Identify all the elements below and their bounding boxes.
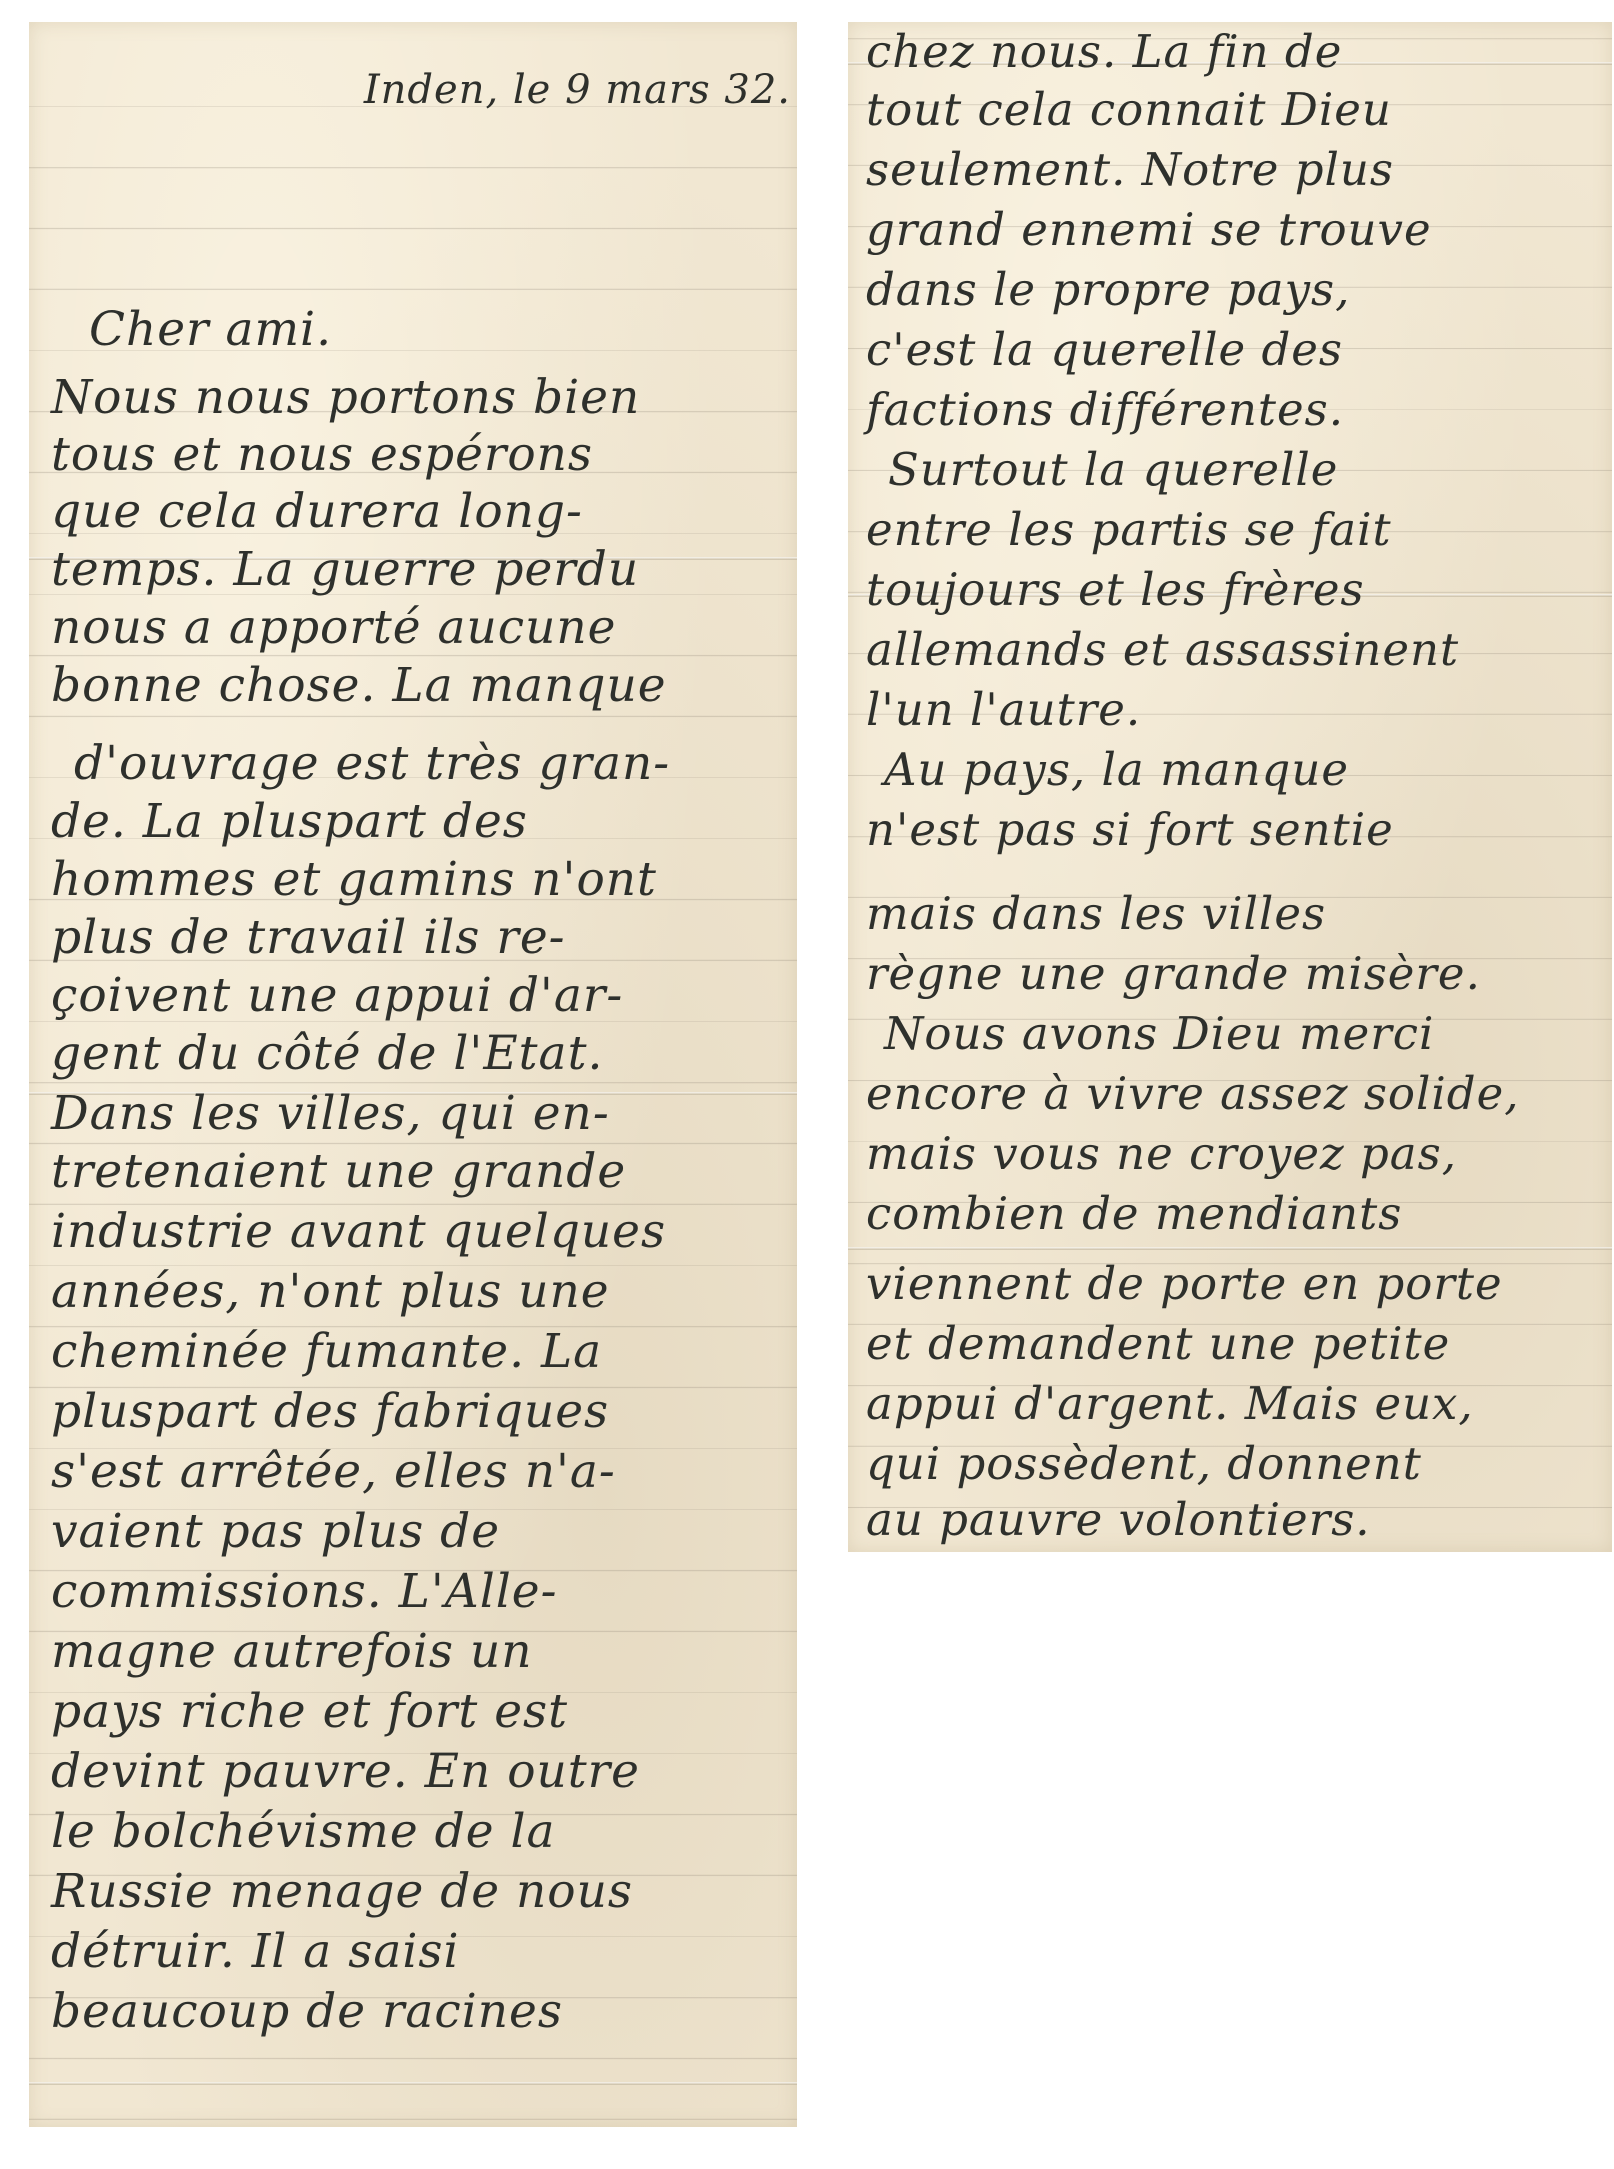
letter-line: Surtout la querelle xyxy=(848,440,1612,500)
letter-line: factions différentes. xyxy=(848,380,1612,440)
letter-line: tous et nous espérons xyxy=(29,425,797,485)
letter-line: s'est arrêtée, elles n'a- xyxy=(29,1442,797,1502)
letter-line: le bolchévisme de la xyxy=(29,1802,797,1862)
letter-line: industrie avant quelques xyxy=(29,1202,797,1262)
letter-line: nous a apporté aucune xyxy=(29,598,797,658)
letter-line: au pauvre volontiers. xyxy=(848,1490,1612,1550)
letter-line: chez nous. La fin de xyxy=(848,22,1612,82)
letter-line: règne une grande misère. xyxy=(848,944,1612,1004)
letter-line: commissions. L'Alle- xyxy=(29,1562,797,1622)
letter-line: Dans les villes, qui en- xyxy=(29,1084,797,1144)
letter-line: qui possèdent, donnent xyxy=(848,1434,1612,1494)
letter-place-date: Inden, le 9 mars 32. xyxy=(29,60,797,120)
letter-line: seulement. Notre plus xyxy=(848,140,1612,200)
letter-line: mais dans les villes xyxy=(848,884,1612,944)
letter-line: entre les partis se fait xyxy=(848,500,1612,560)
letter-line: pays riche et fort est xyxy=(29,1682,797,1742)
letter-line: magne autrefois un xyxy=(29,1622,797,1682)
letter-line: cheminée fumante. La xyxy=(29,1322,797,1382)
letter-line: viennent de porte en porte xyxy=(848,1254,1612,1314)
letter-greeting: Cher ami. xyxy=(29,300,797,360)
letter-line: temps. La guerre perdu xyxy=(29,540,797,600)
letter-line: Nous avons Dieu merci xyxy=(848,1004,1612,1064)
letter-line: appui d'argent. Mais eux, xyxy=(848,1374,1612,1434)
letter-page-left: Inden, le 9 mars 32. Cher ami. Nous nous… xyxy=(29,22,797,2127)
letter-line: c'est la querelle des xyxy=(848,320,1612,380)
letter-line: n'est pas si fort sentie xyxy=(848,800,1612,860)
letter-line: Au pays, la manque xyxy=(848,740,1612,800)
letter-line: grand ennemi se trouve xyxy=(848,200,1612,260)
paper-fold-line xyxy=(848,1247,1612,1250)
letter-line: d'ouvrage est très gran- xyxy=(29,734,797,794)
letter-line: gent du côté de l'Etat. xyxy=(29,1024,797,1084)
letter-line: combien de mendiants xyxy=(848,1184,1612,1244)
letter-line: çoivent une appui d'ar- xyxy=(29,966,797,1026)
letter-line: plus de travail ils re- xyxy=(29,908,797,968)
letter-line: hommes et gamins n'ont xyxy=(29,850,797,910)
letter-line: pluspart des fabriques xyxy=(29,1382,797,1442)
letter-line: allemands et assassinent xyxy=(848,620,1612,680)
letter-line: mais vous ne croyez pas, xyxy=(848,1124,1612,1184)
letter-line: que cela durera long- xyxy=(29,482,797,542)
letter-line: toujours et les frères xyxy=(848,560,1612,620)
letter-line: tretenaient une grande xyxy=(29,1142,797,1202)
letter-line: Russie menage de nous xyxy=(29,1862,797,1922)
letter-line: détruir. Il a saisi xyxy=(29,1922,797,1982)
letter-page-right: chez nous. La fin de tout cela connait D… xyxy=(848,22,1612,1552)
letter-line: dans le propre pays, xyxy=(848,260,1612,320)
letter-line: de. La pluspart des xyxy=(29,792,797,852)
letter-line: et demandent une petite xyxy=(848,1314,1612,1374)
letter-line: années, n'ont plus une xyxy=(29,1262,797,1322)
paper-fold-line xyxy=(29,2082,797,2085)
letter-line: Nous nous portons bien xyxy=(29,368,797,428)
letter-line: vaient pas plus de xyxy=(29,1502,797,1562)
letter-line: beaucoup de racines xyxy=(29,1982,797,2042)
letter-line: devint pauvre. En outre xyxy=(29,1742,797,1802)
letter-line: bonne chose. La manque xyxy=(29,656,797,716)
letter-line: l'un l'autre. xyxy=(848,680,1612,740)
letter-line: tout cela connait Dieu xyxy=(848,80,1612,140)
letter-line: encore à vivre assez solide, xyxy=(848,1064,1612,1124)
